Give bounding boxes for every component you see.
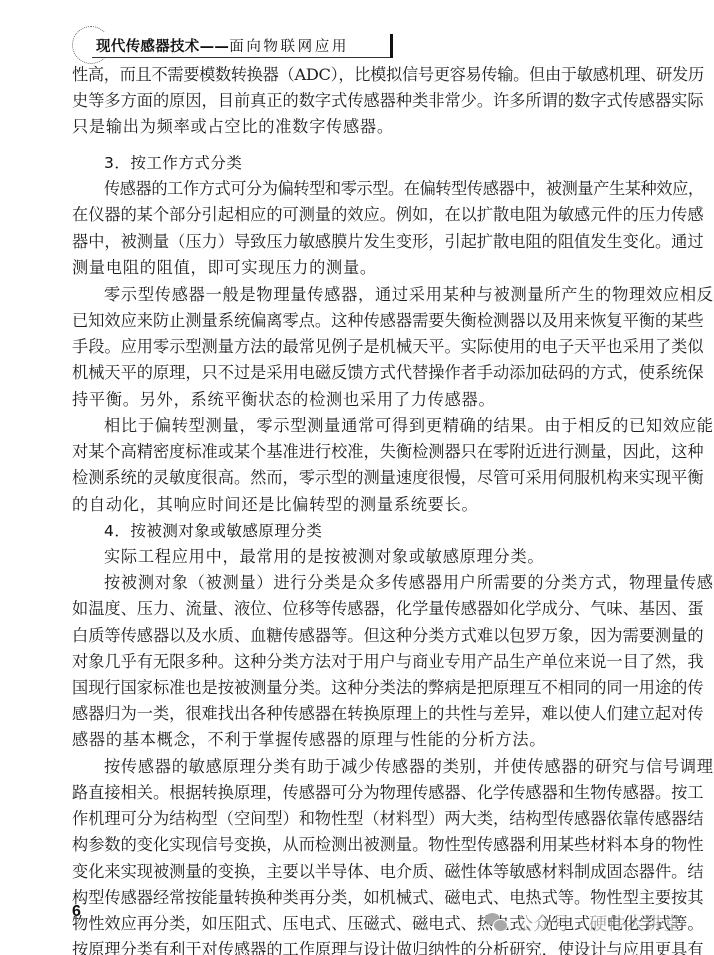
text-line: 按被测对象（被测量）进行分类是众多传感器用户所需要的分类方式，物理量传感器: [104, 570, 714, 596]
text-line: 构型传感器经常按能量转换种类再分类，如机械式、磁电式、电热式等。物性型主要按其: [72, 885, 704, 911]
text-line: 持平衡。另外，系统平衡状态的检测也采用了力传感器。: [72, 387, 495, 413]
text-line: 对某个高精密度标准或某个基准进行校准，失衡检测器只在零附近进行测量，因此，这种: [72, 439, 704, 465]
section-heading: 3．按工作方式分类: [104, 150, 242, 176]
wechat-icon: [485, 912, 509, 934]
text-line: 器中，被测量（压力）导致压力敏感膜片发生变形，引起扩散电阻的阻值发生变化。通过: [72, 229, 704, 255]
book-title: 现代传感器技术: [96, 39, 200, 55]
text-line: 测量电阻的阻值，即可实现压力的测量。: [72, 255, 377, 281]
page-number: 6: [72, 903, 81, 921]
text-line: 感器的基本概念，不利于掌握传感器的原理与性能的分析方法。: [72, 727, 546, 753]
text-line: 国现行国家标准也是按被测量分类。这种分类法的弊病是把原理互不相同的同一用途的传: [72, 675, 704, 701]
header-bar: [390, 34, 393, 58]
text-line: 性高，而且不需要模数转换器（ADC），比模拟信号更容易传输。但由于敏感机理、研发…: [72, 62, 704, 88]
text-line: 白质等传感器以及水质、血糖传感器等。但这种分类方式难以包罗万象，因为需要测量的: [72, 623, 704, 649]
text-line: 在仪器的某个部分引起相应的可测量的效应。例如，在以扩散电阻为敏感元件的压力传感: [72, 202, 704, 228]
text-line: 按传感器的敏感原理分类有助于减少传感器的类别，并使传感器的研究与信号调理电: [104, 754, 714, 780]
text-line: 机械天平的原理，只不过是采用电磁反馈方式代替操作者手动添加砝码的方式，使系统保: [72, 360, 704, 386]
text-line: 传感器的工作方式可分为偏转型和零示型。在偏转型传感器中，被测量产生某种效应，: [104, 176, 704, 202]
text-line: 变化来实现被测量的变换，主要以半导体、电介质、磁性体等敏感材料制成固态器件。结: [72, 859, 704, 885]
text-line: 作机理可分为结构型（空间型）和物性型（材料型）两大类，结构型传感器依靠传感器结: [72, 806, 704, 832]
running-header: 现代传感器技术——面向物联网应用: [72, 24, 332, 64]
title-dash: ——: [200, 39, 230, 55]
text-line: 只是输出为频率或占空比的准数字传感器。: [72, 114, 394, 140]
book-subtitle: 面向物联网应用: [229, 39, 349, 55]
text-line: 史等多方面的原因，目前真正的数字式传感器种类非常少。许多所谓的数字式传感器实际: [72, 88, 704, 114]
watermark-text: 公众号 · 硬件大讲堂: [515, 910, 682, 936]
header-title: 现代传感器技术——面向物联网应用: [96, 35, 349, 56]
text-line: 检测系统的灵敏度很高。然而，零示型的测量速度很慢，尽管可采用伺服机构来实现平衡: [72, 465, 704, 491]
text-line: 如温度、压力、流量、液位、位移等传感器，化学量传感器如化学成分、气味、基因、蛋: [72, 596, 704, 622]
watermark: 公众号 · 硬件大讲堂: [485, 910, 682, 936]
text-line: 已知效应来防止测量系统偏离零点。这种传感器需要失衡检测器以及用来恢复平衡的某些: [72, 308, 704, 334]
text-line: 路直接相关。根据转换原理，传感器可分为物理传感器、化学传感器和生物传感器。按工: [72, 780, 704, 806]
text-line: 零示型传感器一般是物理量传感器，通过采用某种与被测量所产生的物理效应相反的: [104, 282, 714, 308]
text-line: 相比于偏转型测量，零示型测量通常可得到更精确的结果。由于相反的已知效应能针: [104, 413, 714, 439]
header-rule: [92, 57, 390, 58]
section-heading: 4．按被测对象或敏感原理分类: [104, 518, 322, 544]
text-line: 对象几乎有无限多种。这种分类方法对于用户与商业专用产品生产单位来说一目了然，我: [72, 649, 704, 675]
text-line: 的自动化，其响应时间还是比偏转型的测量系统要长。: [72, 492, 479, 518]
text-line: 按原理分类有利于对传感器的工作原理与设计做归纳性的分析研究，使设计与应用更具有: [72, 937, 704, 955]
text-line: 手段。应用零示型测量方法的最常见例子是机械天平。实际使用的电子天平也采用了类似: [72, 334, 704, 360]
text-line: 实际工程应用中，最常用的是按被测对象或敏感原理分类。: [104, 544, 544, 570]
text-line: 构参数的变化实现信号变换，从而检测出被测量。物性型传感器利用某些材料本身的物性: [72, 832, 704, 858]
text-line: 感器归为一类，很难找出各种传感器在转换原理上的共性与差异，难以使人们建立起对传: [72, 701, 704, 727]
